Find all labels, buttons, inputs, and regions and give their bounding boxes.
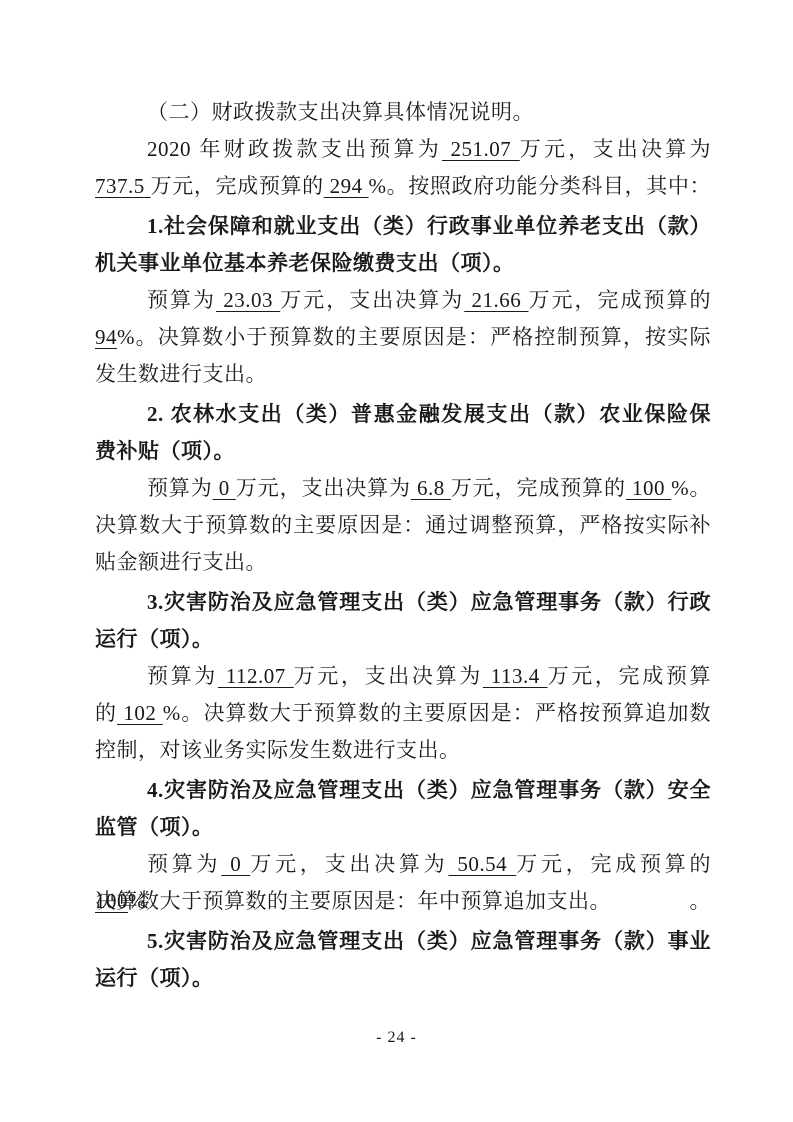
body-text: 万元，支出决算为 bbox=[236, 476, 411, 500]
body-text: 万元，支出决算为 bbox=[250, 852, 448, 876]
intro-text: 万元，完成预算的 bbox=[151, 174, 324, 198]
sec3-budget-value: 112.07 bbox=[218, 664, 294, 688]
body-text: 万元，完成预算的 bbox=[516, 852, 711, 876]
section-2-heading-line-1: 2. 农林水支出（类）普惠金融发展支出（款）农业保险保 bbox=[95, 396, 711, 433]
body-text: 万元，完成预算的 bbox=[529, 288, 712, 312]
body-text: 万元，完成预算 bbox=[548, 664, 711, 688]
page-number-text: - 24 - bbox=[376, 1029, 417, 1046]
body-text: 万元，完成预算的 bbox=[451, 476, 626, 500]
page-number: - 24 - bbox=[0, 1026, 793, 1050]
sec1-percent-value: 94 bbox=[95, 325, 117, 349]
body-text: %。决算数小于预算数的主要原因是：严格控制预算，按实际 bbox=[117, 325, 711, 349]
body-text: 预算为 bbox=[147, 288, 216, 312]
sec1-budget-value: 23.03 bbox=[216, 288, 280, 312]
section-3-heading-line-1: 3.灾害防治及应急管理支出（类）应急管理事务（款）行政 bbox=[95, 584, 711, 621]
sec4-final-value: 50.54 bbox=[448, 852, 516, 876]
intro-text: 万元，支出决算为 bbox=[520, 137, 711, 161]
budget-total-value: 251.07 bbox=[442, 137, 520, 161]
section-1-body-line-3: 发生数进行支出。 bbox=[95, 356, 711, 393]
section-1-heading-line-1: 1.社会保障和就业支出（类）行政事业单位养老支出（款） bbox=[95, 208, 711, 245]
body-text: %。 bbox=[671, 476, 711, 500]
body-text: 控制，对该业务实际发生数进行支出。 bbox=[95, 738, 461, 762]
document-body: （二）财政拨款支出决算具体情况说明。 2020 年财政拨款支出预算为 251.0… bbox=[95, 94, 711, 997]
section-4-title: 监管（项）。 bbox=[95, 815, 214, 839]
sec1-final-value: 21.66 bbox=[464, 288, 528, 312]
section-3-title: 3.灾害防治及应急管理支出（类）应急管理事务（款）行政 bbox=[147, 590, 711, 614]
sec3-final-value: 113.4 bbox=[483, 664, 548, 688]
sec4-budget-value: 0 bbox=[221, 852, 250, 876]
body-text: 万元，支出决算为 bbox=[294, 664, 483, 688]
section-2-body-line-1: 预算为 0 万元，支出决算为 6.8 万元，完成预算的 100 %。 bbox=[95, 470, 711, 507]
sec2-final-value: 6.8 bbox=[411, 476, 451, 500]
body-text: 预算为 bbox=[147, 852, 221, 876]
intro-line-1: 2020 年财政拨款支出预算为 251.07 万元，支出决算为 bbox=[95, 131, 711, 168]
section-4-body-line-1: 预算为 0 万元，支出决算为 50.54 万元，完成预算的100%。 bbox=[95, 846, 711, 883]
section-5-heading-line-2: 运行（项）。 bbox=[95, 960, 711, 997]
body-text: %。决算数大于预算数的主要原因是：严格按预算追加数 bbox=[163, 701, 711, 725]
section-4-heading-line-1: 4.灾害防治及应急管理支出（类）应急管理事务（款）安全 bbox=[95, 772, 711, 809]
sec2-budget-value: 0 bbox=[213, 476, 236, 500]
document-page: （二）财政拨款支出决算具体情况说明。 2020 年财政拨款支出预算为 251.0… bbox=[0, 0, 793, 1122]
section-2-body-line-3: 贴金额进行支出。 bbox=[95, 544, 711, 581]
sec3-percent-value: 102 bbox=[117, 701, 163, 725]
body-text: 预算为 bbox=[147, 476, 213, 500]
section-1-title: 机关事业单位基本养老保险缴费支出（项）。 bbox=[95, 251, 515, 275]
section-5-title: 运行（项）。 bbox=[95, 966, 214, 990]
section-2-title: 费补贴（项）。 bbox=[95, 439, 235, 463]
section-2-heading-line-2: 费补贴（项）。 bbox=[95, 433, 711, 470]
section-1-heading-line-2: 机关事业单位基本养老保险缴费支出（项）。 bbox=[95, 245, 711, 282]
subsection-heading-text: （二）财政拨款支出决算具体情况说明。 bbox=[147, 100, 534, 124]
section-3-body-line-2: 的 102 %。决算数大于预算数的主要原因是：严格按预算追加数 bbox=[95, 695, 711, 732]
section-3-body-line-3: 控制，对该业务实际发生数进行支出。 bbox=[95, 732, 711, 769]
section-1-body-line-2: 94%。决算数小于预算数的主要原因是：严格控制预算，按实际 bbox=[95, 319, 711, 356]
body-text: 万元，支出决算为 bbox=[280, 288, 464, 312]
section-5-heading-line-1: 5.灾害防治及应急管理支出（类）应急管理事务（款）事业 bbox=[95, 923, 711, 960]
intro-text: 2020 年财政拨款支出预算为 bbox=[147, 137, 442, 161]
section-1-body-line-1: 预算为 23.03 万元，支出决算为 21.66 万元，完成预算的 bbox=[95, 282, 711, 319]
section-5-title: 5.灾害防治及应急管理支出（类）应急管理事务（款）事业 bbox=[147, 929, 711, 953]
body-text: 的 bbox=[95, 701, 117, 725]
section-2-title: 2. 农林水支出（类）普惠金融发展支出（款）农业保险保 bbox=[147, 402, 711, 426]
section-3-body-line-1: 预算为 112.07 万元，支出决算为 113.4 万元，完成预算 bbox=[95, 658, 711, 695]
intro-line-2: 737.5 万元，完成预算的 294 %。按照政府功能分类科目，其中： bbox=[95, 168, 711, 205]
section-3-title: 运行（项）。 bbox=[95, 627, 214, 651]
body-text: 预算为 bbox=[147, 664, 218, 688]
body-text: 决算数大于预算数的主要原因是：通过调整预算，严格按实际补 bbox=[95, 513, 711, 537]
subsection-heading: （二）财政拨款支出决算具体情况说明。 bbox=[95, 94, 711, 131]
section-2-body-line-2: 决算数大于预算数的主要原因是：通过调整预算，严格按实际补 bbox=[95, 507, 711, 544]
section-4-title: 4.灾害防治及应急管理支出（类）应急管理事务（款）安全 bbox=[147, 778, 711, 802]
section-4-heading-line-2: 监管（项）。 bbox=[95, 809, 711, 846]
body-text: 发生数进行支出。 bbox=[95, 362, 267, 386]
final-total-value: 737.5 bbox=[95, 174, 151, 198]
body-text: 贴金额进行支出。 bbox=[95, 550, 267, 574]
intro-text: %。按照政府功能分类科目，其中： bbox=[369, 174, 712, 198]
body-text: 决算数大于预算数的主要原因是：年中预算追加支出。 bbox=[95, 889, 611, 913]
sec2-percent-value: 100 bbox=[626, 476, 671, 500]
section-1-title: 1.社会保障和就业支出（类）行政事业单位养老支出（款） bbox=[147, 214, 711, 238]
section-3-heading-line-2: 运行（项）。 bbox=[95, 621, 711, 658]
completion-percent-value: 294 bbox=[324, 174, 369, 198]
